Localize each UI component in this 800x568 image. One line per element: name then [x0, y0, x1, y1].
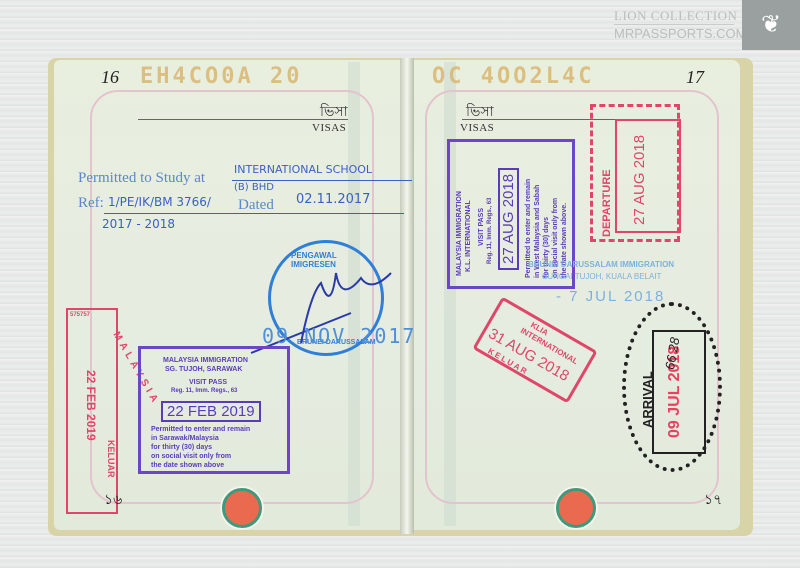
- visit-line2: SG. TUJOH, SARAWAK: [165, 366, 242, 373]
- malaysia-exit-date: 22 FEB 2019: [84, 370, 98, 441]
- bottom-page-number-left: ১৬: [104, 488, 122, 512]
- brunei-date-left: 09 NOV 2017: [262, 324, 416, 348]
- kl-line4: Reg. 11, Imm. Regs., 63: [487, 198, 493, 264]
- watermark-divider: [614, 24, 734, 25]
- kl-body: Permitted to enter and remain in West Ma…: [524, 138, 569, 278]
- endorsement-underline-2: [104, 213, 404, 214]
- bangladesh-emblem-icon: [222, 488, 262, 528]
- kl-body-line: for thirty (30) days: [542, 138, 551, 278]
- kl-line2: K.L. INTERNATIONAL: [465, 200, 472, 272]
- endorsement-printed-1: Permitted to Study at: [78, 170, 205, 187]
- endorsement-underline-1: [232, 180, 412, 181]
- kl-date: 27 AUG 2018: [498, 168, 519, 270]
- visit-body-line: in Sarawak/Malaysia: [151, 434, 286, 443]
- visas-bengali-left: ভিসা: [320, 100, 348, 124]
- visit-date: 22 FEB 2019: [161, 401, 261, 422]
- watermark-line2: MRPASSPORTS.COM: [614, 26, 746, 41]
- bottom-page-number-right: ১৭: [704, 488, 722, 512]
- bangladesh-emblem-icon: [556, 488, 596, 528]
- malaysia-exit-serial: 575757: [70, 312, 90, 318]
- page-number-right: 17: [686, 67, 704, 88]
- endorsement-school-suffix: (B) BHD: [234, 182, 274, 193]
- kl-body-line: Permitted to enter and remain: [524, 138, 533, 278]
- visit-body-line: the date shown above: [151, 461, 286, 470]
- endorsement-date: 02.11.2017: [296, 192, 370, 207]
- kl-line3: VISIT PASS: [478, 208, 485, 246]
- perforation-left: EH4CO0A 20: [140, 64, 302, 89]
- departure-stamp: DEPARTURE 27 AUG 2018: [590, 104, 680, 242]
- departure-date: 27 AUG 2018: [631, 135, 648, 225]
- visit-body-line: for thirty (30) days: [151, 443, 286, 452]
- departure-inner-box: [615, 119, 681, 233]
- malaysia-exit-stamp: 22 FEB 2019 KELUAR 575757: [66, 308, 118, 514]
- endorsement-ref-label: Ref:: [78, 195, 104, 212]
- visas-english-right: VISAS: [460, 122, 494, 134]
- brunei-right-date: - 7 JUL 2018: [556, 288, 665, 305]
- watermark: LION COLLECTION MRPASSPORTS.COM ❦: [600, 0, 800, 50]
- endorsement-school: INTERNATIONAL SCHOOL: [234, 163, 372, 176]
- laurel-lion-icon: ❦: [742, 0, 800, 50]
- arrival-label: ARRIVAL: [640, 371, 655, 428]
- visit-line3: VISIT PASS: [189, 379, 227, 386]
- watermark-line1: LION COLLECTION: [614, 8, 737, 24]
- departure-label: DEPARTURE: [601, 169, 613, 237]
- page-number-left: 16: [101, 67, 119, 88]
- perforation-right: OC 4OO2L4C: [432, 64, 594, 89]
- arrival-stamp: ARRIVAL 09 JUL 2018 66 28: [622, 302, 722, 472]
- brunei-right-line1: BRUNEI DARUSSALAM IMMIGRATION: [528, 260, 674, 269]
- endorsement-ref-number: 1/PE/IK/BM 3766/: [108, 195, 211, 209]
- kl-line1: MALAYSIA IMMIGRATION: [456, 191, 463, 276]
- visas-rule-left: [138, 119, 348, 120]
- endorsement-period: 2017 - 2018: [102, 217, 175, 231]
- visas-english-left: VISAS: [312, 122, 346, 134]
- kl-body-line: in West Malaysia and Sabah: [533, 138, 542, 278]
- visit-body-line: Permitted to enter and remain: [151, 425, 286, 434]
- passport-gutter: [400, 58, 414, 534]
- visas-bengali-right: ভিসা: [466, 100, 494, 124]
- endorsement-dated-label: Dated: [238, 197, 274, 214]
- kl-body-line: the date shown above.: [560, 138, 569, 278]
- malaysia-exit-label: KELUAR: [106, 440, 116, 478]
- visit-line1: MALAYSIA IMMIGRATION: [163, 357, 248, 364]
- visit-body: Permitted to enter and remain in Sarawak…: [151, 425, 286, 470]
- kl-body-line: on social visit only from: [551, 138, 560, 278]
- visit-line4: Reg. 11, Imm. Regs., 63: [171, 388, 237, 394]
- malaysia-visit-stamp-sarawak: MALAYSIA IMMIGRATION SG. TUJOH, SARAWAK …: [138, 346, 290, 474]
- brunei-right-line2: SUNGAI TUJOH, KUALA BELAIT: [542, 272, 661, 281]
- visit-body-line: on social visit only from: [151, 452, 286, 461]
